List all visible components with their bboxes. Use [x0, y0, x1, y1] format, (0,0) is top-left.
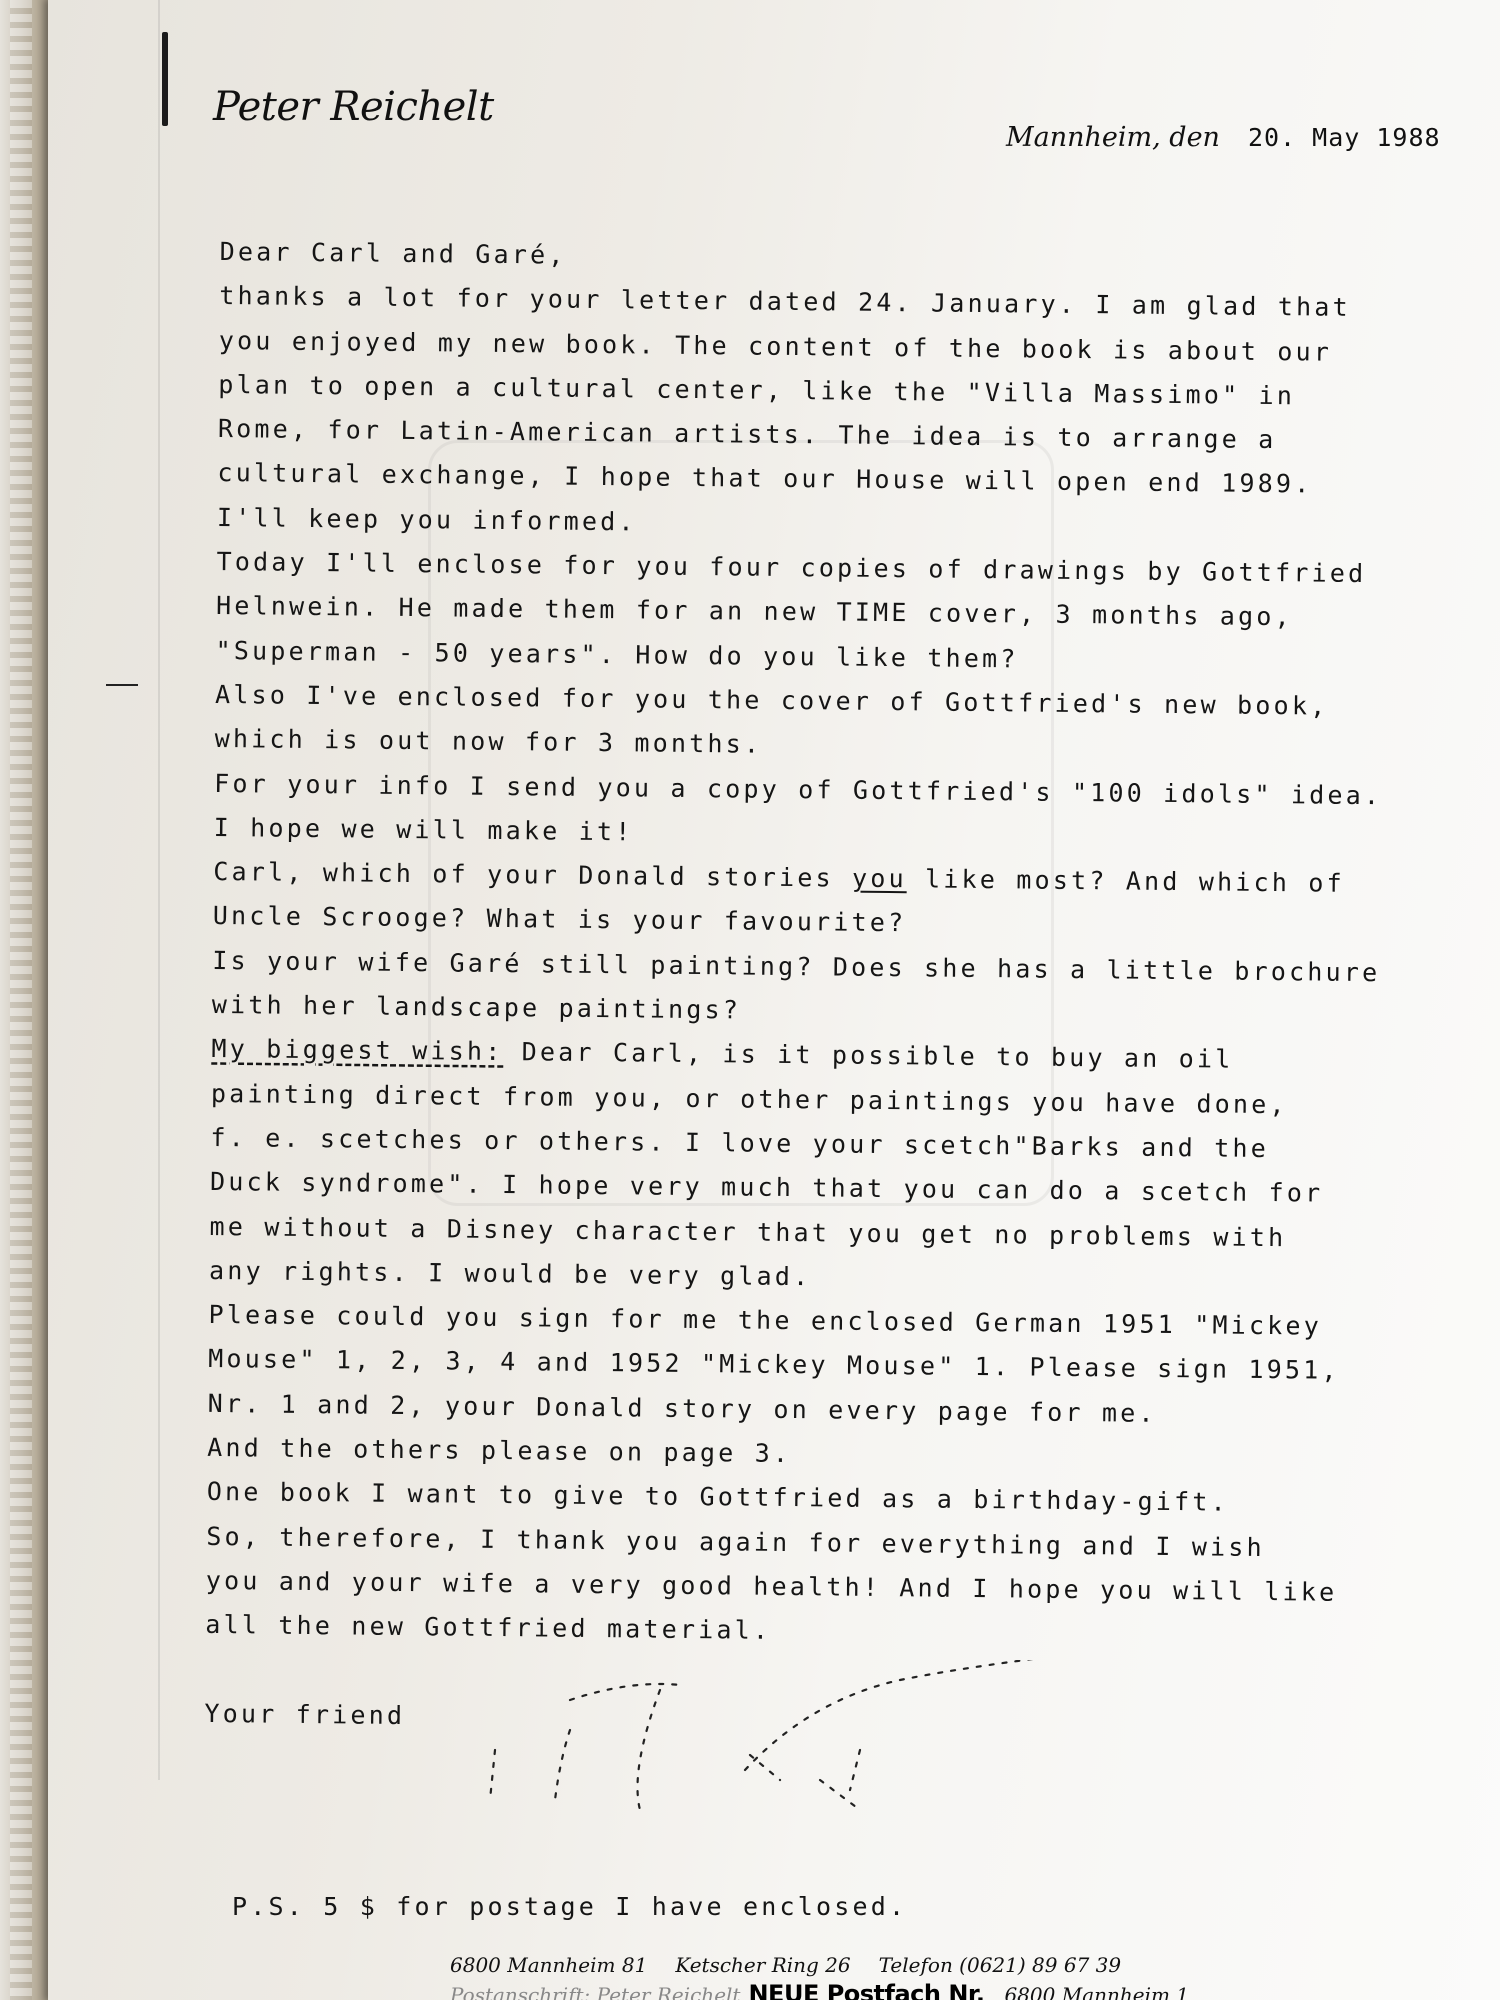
body-line-end: like most? And which of: [907, 864, 1345, 898]
footer-address: 6800 Mannheim 81Ketscher Ring 26Telefon …: [450, 1953, 1149, 1977]
letter-body: Dear Carl and Garé, thanks a lot for you…: [204, 230, 1400, 1748]
footer-street: Ketscher Ring 26: [675, 1953, 850, 1977]
fold-mark: [106, 684, 138, 686]
binder-holes: [10, 0, 32, 2000]
letter-date: 20. May 1988: [1248, 123, 1441, 152]
body-line-end: Dear Carl, is it possible to buy an oil: [503, 1037, 1233, 1074]
footer-phone: Telefon (0621) 89 67 39: [879, 1953, 1121, 1977]
footer-postal: Postanschrift: Peter ReicheltNEUE Postfa…: [450, 1980, 1189, 2000]
place: Mannheim, den: [1006, 122, 1220, 153]
footer-city: 6800 Mannheim 81: [450, 1953, 647, 1977]
signature: [480, 1660, 1210, 1830]
margin-mark: [162, 32, 168, 126]
body-line-start: Carl, which of your Donald stories: [213, 857, 852, 893]
underlined-word: you: [852, 864, 907, 894]
postscript: P.S. 5 $ for postage I have enclosed.: [232, 1892, 907, 1921]
fold-line: [158, 0, 160, 1780]
underlined-phrase: My biggest wish:: [211, 1034, 503, 1066]
footer-postal-prefix: Postanschrift: Peter Reichelt: [450, 1983, 740, 2000]
new-postbox-stamp: NEUE Postfach Nr.: [748, 1980, 984, 2000]
letterhead-name: Peter Reichelt: [213, 84, 494, 130]
footer-postal-city: 6800 Mannheim 1: [1004, 1983, 1189, 2000]
place-date-line: Mannheim, den20. May 1988: [1006, 122, 1441, 153]
